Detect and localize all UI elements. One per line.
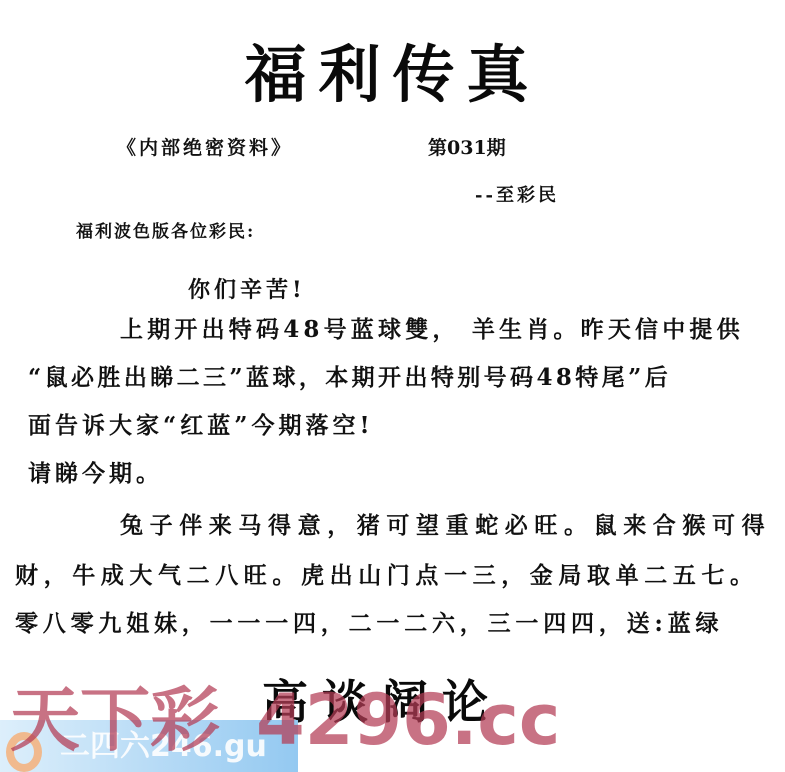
issue-number: 第031期 — [428, 136, 506, 160]
body-line: 面告诉大家“红蓝”今期落空! — [28, 410, 374, 442]
watermark-main-text: 天下彩4296.cc — [10, 680, 560, 760]
body-line: “鼠必胜出睇二三”蓝球，本期开出特别号码48特尾”后 — [28, 362, 671, 394]
body-line: 兔子伴来马得意，猪可望重蛇必旺。鼠来合猴可得 — [120, 510, 771, 542]
body-line: 财，牛成大气二八旺。虎出山门点一三，金局取单二五七。 — [15, 560, 759, 592]
document-title: 福利传真 — [0, 40, 785, 110]
greeting: 你们辛苦! — [188, 275, 306, 305]
watermark-main-left: 天下彩 — [10, 679, 220, 761]
watermark-main-right: 4296.cc — [256, 679, 560, 761]
signature: --至彩民 — [475, 184, 559, 208]
body-line: 零八零九姐妹，一一一四，二一二六，三一四四，送:蓝绿 — [15, 608, 723, 640]
document-subtitle: 《内部绝密资料》 — [117, 136, 293, 160]
body-line: 请睇今期。 — [28, 458, 163, 490]
body-line: 上期开出特码48号蓝球雙， 羊生肖。昨天信中提供 — [120, 314, 744, 346]
salutation: 福利波色版各位彩民: — [76, 220, 255, 244]
